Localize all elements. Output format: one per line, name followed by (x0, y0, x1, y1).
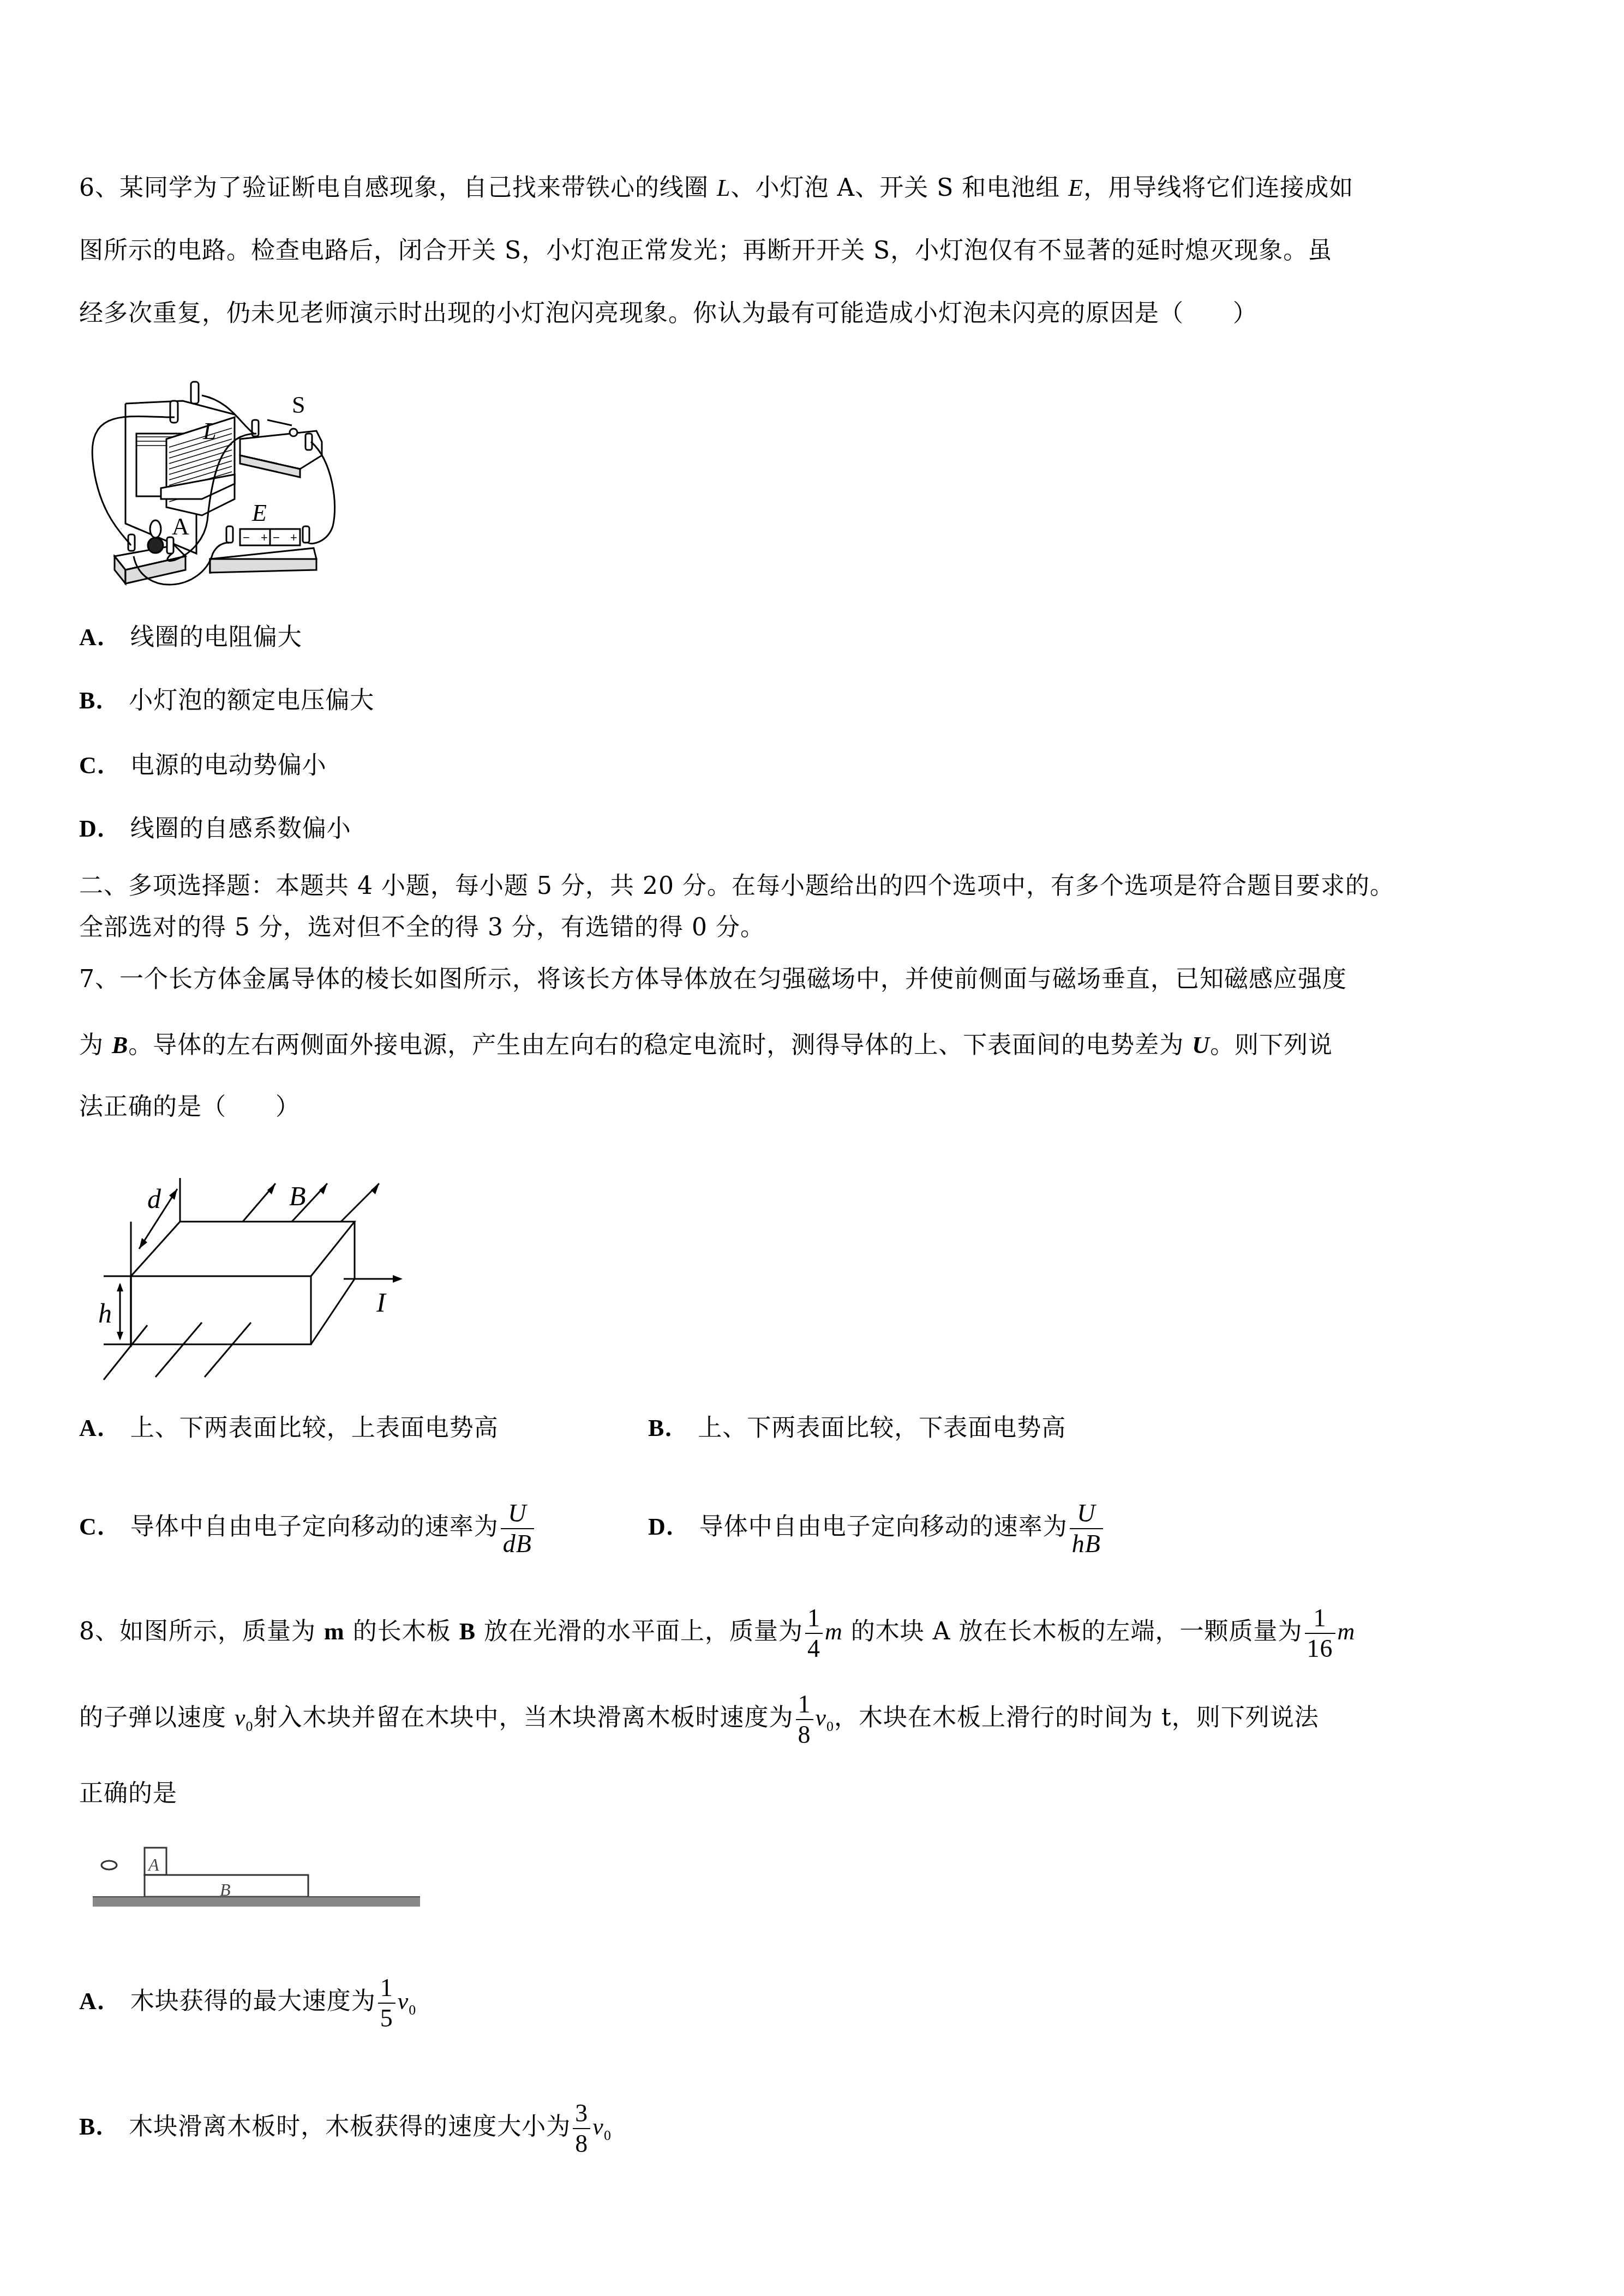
svg-text:−: − (273, 531, 280, 544)
q7-option-b[interactable]: B．上、下两表面比较，下表面电势高 (648, 1412, 1066, 1445)
option-label: A． (79, 1988, 122, 2015)
var-v: v (816, 1704, 827, 1731)
label-S: S (292, 392, 305, 418)
fraction-1-8: 18 (796, 1692, 813, 1747)
q8-option-b[interactable]: B．木块滑离木板时，木板获得的速度大小为38v0 (79, 2089, 612, 2174)
section-2-header-line-2: 全部选对的得 5 分，选对但不全的得 3 分，有选错的得 0 分。 (79, 911, 765, 944)
q6-text: 6、某同学为了验证断电自感现象，自己找来带铁心的线圈 (79, 174, 717, 202)
var-B: B (112, 1032, 128, 1059)
label-B: B (289, 1181, 306, 1211)
q8-line-3: 正确的是 (79, 1777, 177, 1810)
numerator: 1 (805, 1606, 823, 1633)
var-L: L (717, 175, 730, 201)
q6-option-d[interactable]: D．线圈的自感系数偏小 (79, 813, 351, 845)
svg-text:+: + (261, 531, 268, 544)
subscript: 0 (246, 1718, 254, 1734)
var-B: B (459, 1618, 476, 1645)
q6-line-1: 6、某同学为了验证断电自感现象，自己找来带铁心的线圈 L、小灯泡 A、开关 S … (79, 172, 1353, 205)
fraction-1-5: 15 (378, 1975, 395, 2031)
numerator: 1 (1311, 1606, 1329, 1633)
q6-option-b[interactable]: B．小灯泡的额定电压偏大 (79, 684, 374, 717)
q8-text: 的长木板 (345, 1618, 459, 1645)
q6-line-3: 经多次重复，仍未见老师演示时出现的小灯泡闪亮现象。你认为最有可能造成小灯泡未闪亮… (79, 297, 1257, 330)
fraction-1-4: 14 (805, 1606, 823, 1661)
plank-block-figure: A B (87, 1832, 426, 1914)
option-text: 木块滑离木板时，木板获得的速度大小为 (129, 2113, 571, 2141)
q8-text: 8、如图所示，质量为 (79, 1618, 324, 1645)
label-A: A (172, 513, 189, 540)
option-label: A． (79, 1415, 122, 1441)
q8-text: 的木块 A 放在长木板的左端，一颗质量为 (843, 1618, 1303, 1645)
denominator: 4 (805, 1633, 823, 1661)
option-label: A． (79, 624, 122, 651)
option-label: B． (79, 2113, 120, 2140)
label-d: d (147, 1183, 161, 1214)
q7-line-3: 法正确的是（ ） (79, 1091, 300, 1123)
var-m: m (324, 1618, 345, 1645)
q8-text: 射入木块并留在木块中，当木块滑离木板时速度为 (254, 1704, 794, 1732)
svg-text:−: − (243, 531, 250, 544)
fraction-1-16: 116 (1305, 1606, 1335, 1661)
label-I: I (376, 1287, 387, 1318)
q8-text: ，木块在木板上滑行的时间为 t，则下列说法 (834, 1704, 1319, 1732)
fraction-3-8: 38 (573, 2101, 590, 2156)
denominator: 16 (1305, 1633, 1335, 1661)
var-E: E (1068, 175, 1083, 201)
option-text: 线圈的电阻偏大 (130, 623, 302, 651)
var-v: v (398, 1988, 409, 2015)
denominator: 8 (573, 2128, 590, 2156)
option-text: 电源的电动势偏小 (130, 752, 327, 779)
numerator: 1 (378, 1975, 395, 2003)
q6-text: ，用导线将它们连接成如 (1083, 174, 1353, 202)
q8-line-2: 的子弹以速度 v0射入木块并留在木块中，当木块滑离木板时速度为18v0，木块在木… (79, 1680, 1319, 1765)
q6-text: 、小灯泡 A、开关 S 和电池组 (730, 174, 1068, 202)
numerator: U (1075, 1501, 1098, 1528)
q7-text: 。导体的左右两侧面外接电源，产生由左向右的稳定电流时，测得导体的上、下表面间的电… (128, 1031, 1192, 1059)
q8-option-a[interactable]: A．木块获得的最大速度为15v0 (79, 1963, 416, 2048)
circuit-diagram-figure: L S E A −+ −+ (76, 341, 436, 592)
option-text: 线圈的自感系数偏小 (130, 815, 351, 843)
option-label: D． (648, 1513, 691, 1540)
label-L: L (202, 418, 216, 444)
option-text: 木块获得的最大速度为 (130, 1987, 376, 2015)
svg-text:+: + (290, 531, 297, 544)
numerator: U (506, 1501, 529, 1528)
q8-text: 的子弹以速度 (79, 1704, 235, 1732)
q6-option-c[interactable]: C．电源的电动势偏小 (79, 749, 327, 782)
section-2-header-line-1: 二、多项选择题：本题共 4 小题，每小题 5 分，共 20 分。在每小题给出的四… (79, 870, 1394, 903)
var-m: m (825, 1618, 843, 1645)
q7-option-a[interactable]: A．上、下两表面比较，上表面电势高 (79, 1412, 499, 1445)
option-label: B． (648, 1415, 689, 1441)
label-E: E (251, 500, 267, 526)
subscript: 0 (409, 2002, 416, 2018)
option-text: 小灯泡的额定电压偏大 (129, 687, 374, 714)
q6-option-a[interactable]: A．线圈的电阻偏大 (79, 621, 302, 654)
label-A: A (147, 1855, 159, 1874)
var-m: m (1338, 1618, 1356, 1645)
var-U: U (1192, 1032, 1210, 1059)
q8-text: 放在光滑的水平面上，质量为 (476, 1618, 803, 1645)
conductor-box-figure: d B h I (87, 1167, 447, 1385)
option-label: D． (79, 815, 122, 842)
subscript: 0 (604, 2127, 612, 2143)
option-text: 导体中自由电子定向移动的速率为 (699, 1513, 1068, 1541)
denominator: hB (1070, 1528, 1103, 1556)
denominator: dB (501, 1528, 534, 1556)
var-v: v (235, 1704, 246, 1731)
denominator: 8 (796, 1719, 813, 1747)
label-B: B (220, 1880, 231, 1900)
var-v: v (592, 2113, 604, 2140)
q7-option-c[interactable]: C．导体中自由电子定向移动的速率为UdB (79, 1489, 536, 1565)
fraction-u-over-hb: UhB (1070, 1501, 1103, 1556)
q7-line-1: 7、一个长方体金属导体的棱长如图所示，将该长方体导体放在匀强磁场中，并使前侧面与… (79, 963, 1347, 996)
option-text: 上、下两表面比较，下表面电势高 (698, 1414, 1066, 1442)
q6-line-2: 图所示的电路。检查电路后，闭合开关 S，小灯泡正常发光；再断开开关 S，小灯泡仅… (79, 235, 1332, 267)
numerator: 1 (796, 1692, 813, 1719)
option-label: C． (79, 752, 122, 779)
option-text: 上、下两表面比较，上表面电势高 (130, 1414, 499, 1442)
subscript: 0 (826, 1718, 834, 1734)
q7-text: 。则下列说 (1210, 1031, 1333, 1059)
q7-line-2: 为 B。导体的左右两侧面外接电源，产生由左向右的稳定电流时，测得导体的上、下表面… (79, 1029, 1333, 1062)
option-label: B． (79, 687, 120, 714)
option-label: C． (79, 1513, 122, 1540)
q8-line-1: 8、如图所示，质量为 m 的长木板 B 放在光滑的水平面上，质量为14m 的木块… (79, 1594, 1355, 1670)
fraction-u-over-db: UdB (501, 1501, 534, 1556)
q7-option-d[interactable]: D．导体中自由电子定向移动的速率为UhB (648, 1489, 1105, 1565)
option-text: 导体中自由电子定向移动的速率为 (130, 1513, 499, 1541)
numerator: 3 (573, 2101, 590, 2128)
denominator: 5 (378, 2003, 395, 2031)
q7-text: 为 (79, 1031, 112, 1059)
label-h: h (98, 1298, 112, 1329)
